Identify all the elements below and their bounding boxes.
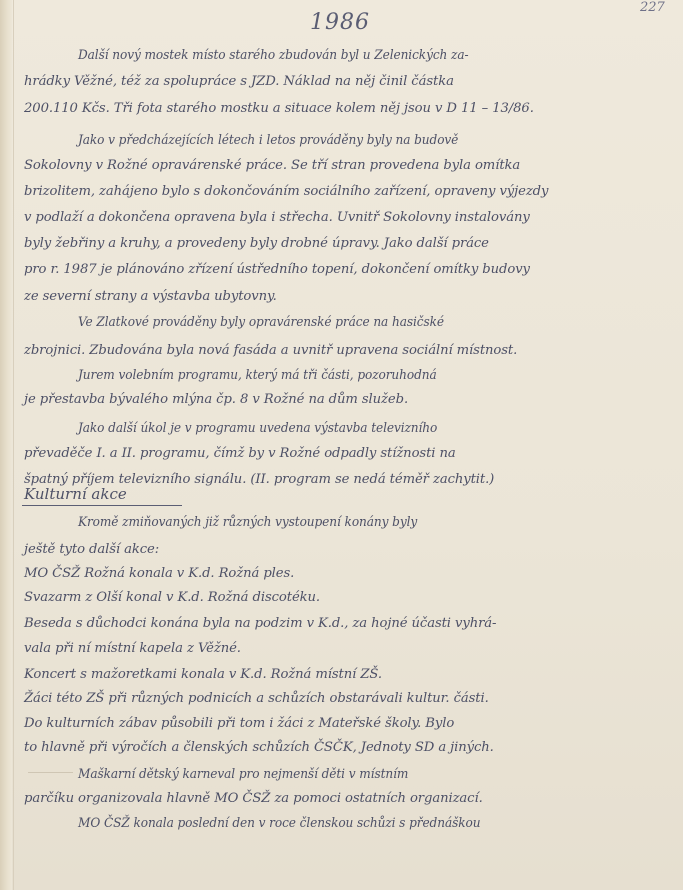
text-line: vala při ní místní kapela z Věžné. <box>24 641 654 656</box>
handwritten-text-body: Další nový mostek místo starého zbudován… <box>0 0 683 890</box>
text-line: Jako další úkol je v programu uvedena vý… <box>78 421 658 436</box>
text-line: Svazarm z Olší konal v K.d. Rožná discot… <box>24 590 654 605</box>
text-line: brizolitem, zahájeno bylo s dokončováním… <box>24 184 654 199</box>
text-line: parčíku organizovala hlavně MO ČSŽ za po… <box>24 791 654 806</box>
text-line: Do kulturních zábav působili při tom i ž… <box>24 716 654 731</box>
text-line: zbrojnici. Zbudována byla nová fasáda a … <box>24 343 654 358</box>
text-line: Maškarní dětský karneval pro nejmenší dě… <box>78 767 658 782</box>
text-line: MO ČSŽ Rožná konala v K.d. Rožná ples. <box>24 566 654 581</box>
text-line: ještě tyto další akce: <box>24 542 654 557</box>
text-line: byly žebřiny a kruhy, a provedeny byly d… <box>24 236 654 251</box>
text-line: Sokolovny v Rožné opravárenské práce. Se… <box>24 158 654 173</box>
text-line: Jako v předcházejících létech i letos pr… <box>78 133 658 148</box>
text-line: Kromě zmiňovaných již různých vystoupení… <box>78 515 658 530</box>
text-line: hrádky Věžné, též za spolupráce s JZD. N… <box>24 74 654 89</box>
text-line: MO ČSŽ konala poslední den v roce člensk… <box>78 816 658 831</box>
text-line: Jurem volebním programu, který má tři čá… <box>78 368 658 383</box>
text-line: Beseda s důchodci konána byla na podzim … <box>24 616 654 631</box>
text-line: to hlavně při výročích a členských schůz… <box>24 740 654 755</box>
chronicle-page: 1986 227 Další nový mostek místo starého… <box>0 0 683 890</box>
text-line: v podlaží a dokončena opravena byla i st… <box>24 210 654 225</box>
text-line: 200.110 Kčs. Tři fota starého mostku a s… <box>24 101 654 116</box>
text-line: ze severní strany a výstavba ubytovny. <box>24 289 654 304</box>
text-line: pro r. 1987 je plánováno zřízení ústředn… <box>24 262 654 277</box>
text-line: Žáci této ZŠ při různých podnicích a sch… <box>24 691 654 706</box>
text-line: Ve Zlatkové prováděny byly opravárenské … <box>78 315 658 330</box>
margin-dash <box>28 772 73 773</box>
section-heading: Kulturní akce <box>24 485 127 503</box>
text-line: převaděče I. a II. programu, čímž by v R… <box>24 446 654 461</box>
heading-underline <box>22 505 182 506</box>
text-line: je přestavba bývalého mlýna čp. 8 v Rožn… <box>24 392 654 407</box>
text-line: Další nový mostek místo starého zbudován… <box>78 48 658 63</box>
text-line: Koncert s mažoretkami konala v K.d. Rožn… <box>24 667 654 682</box>
